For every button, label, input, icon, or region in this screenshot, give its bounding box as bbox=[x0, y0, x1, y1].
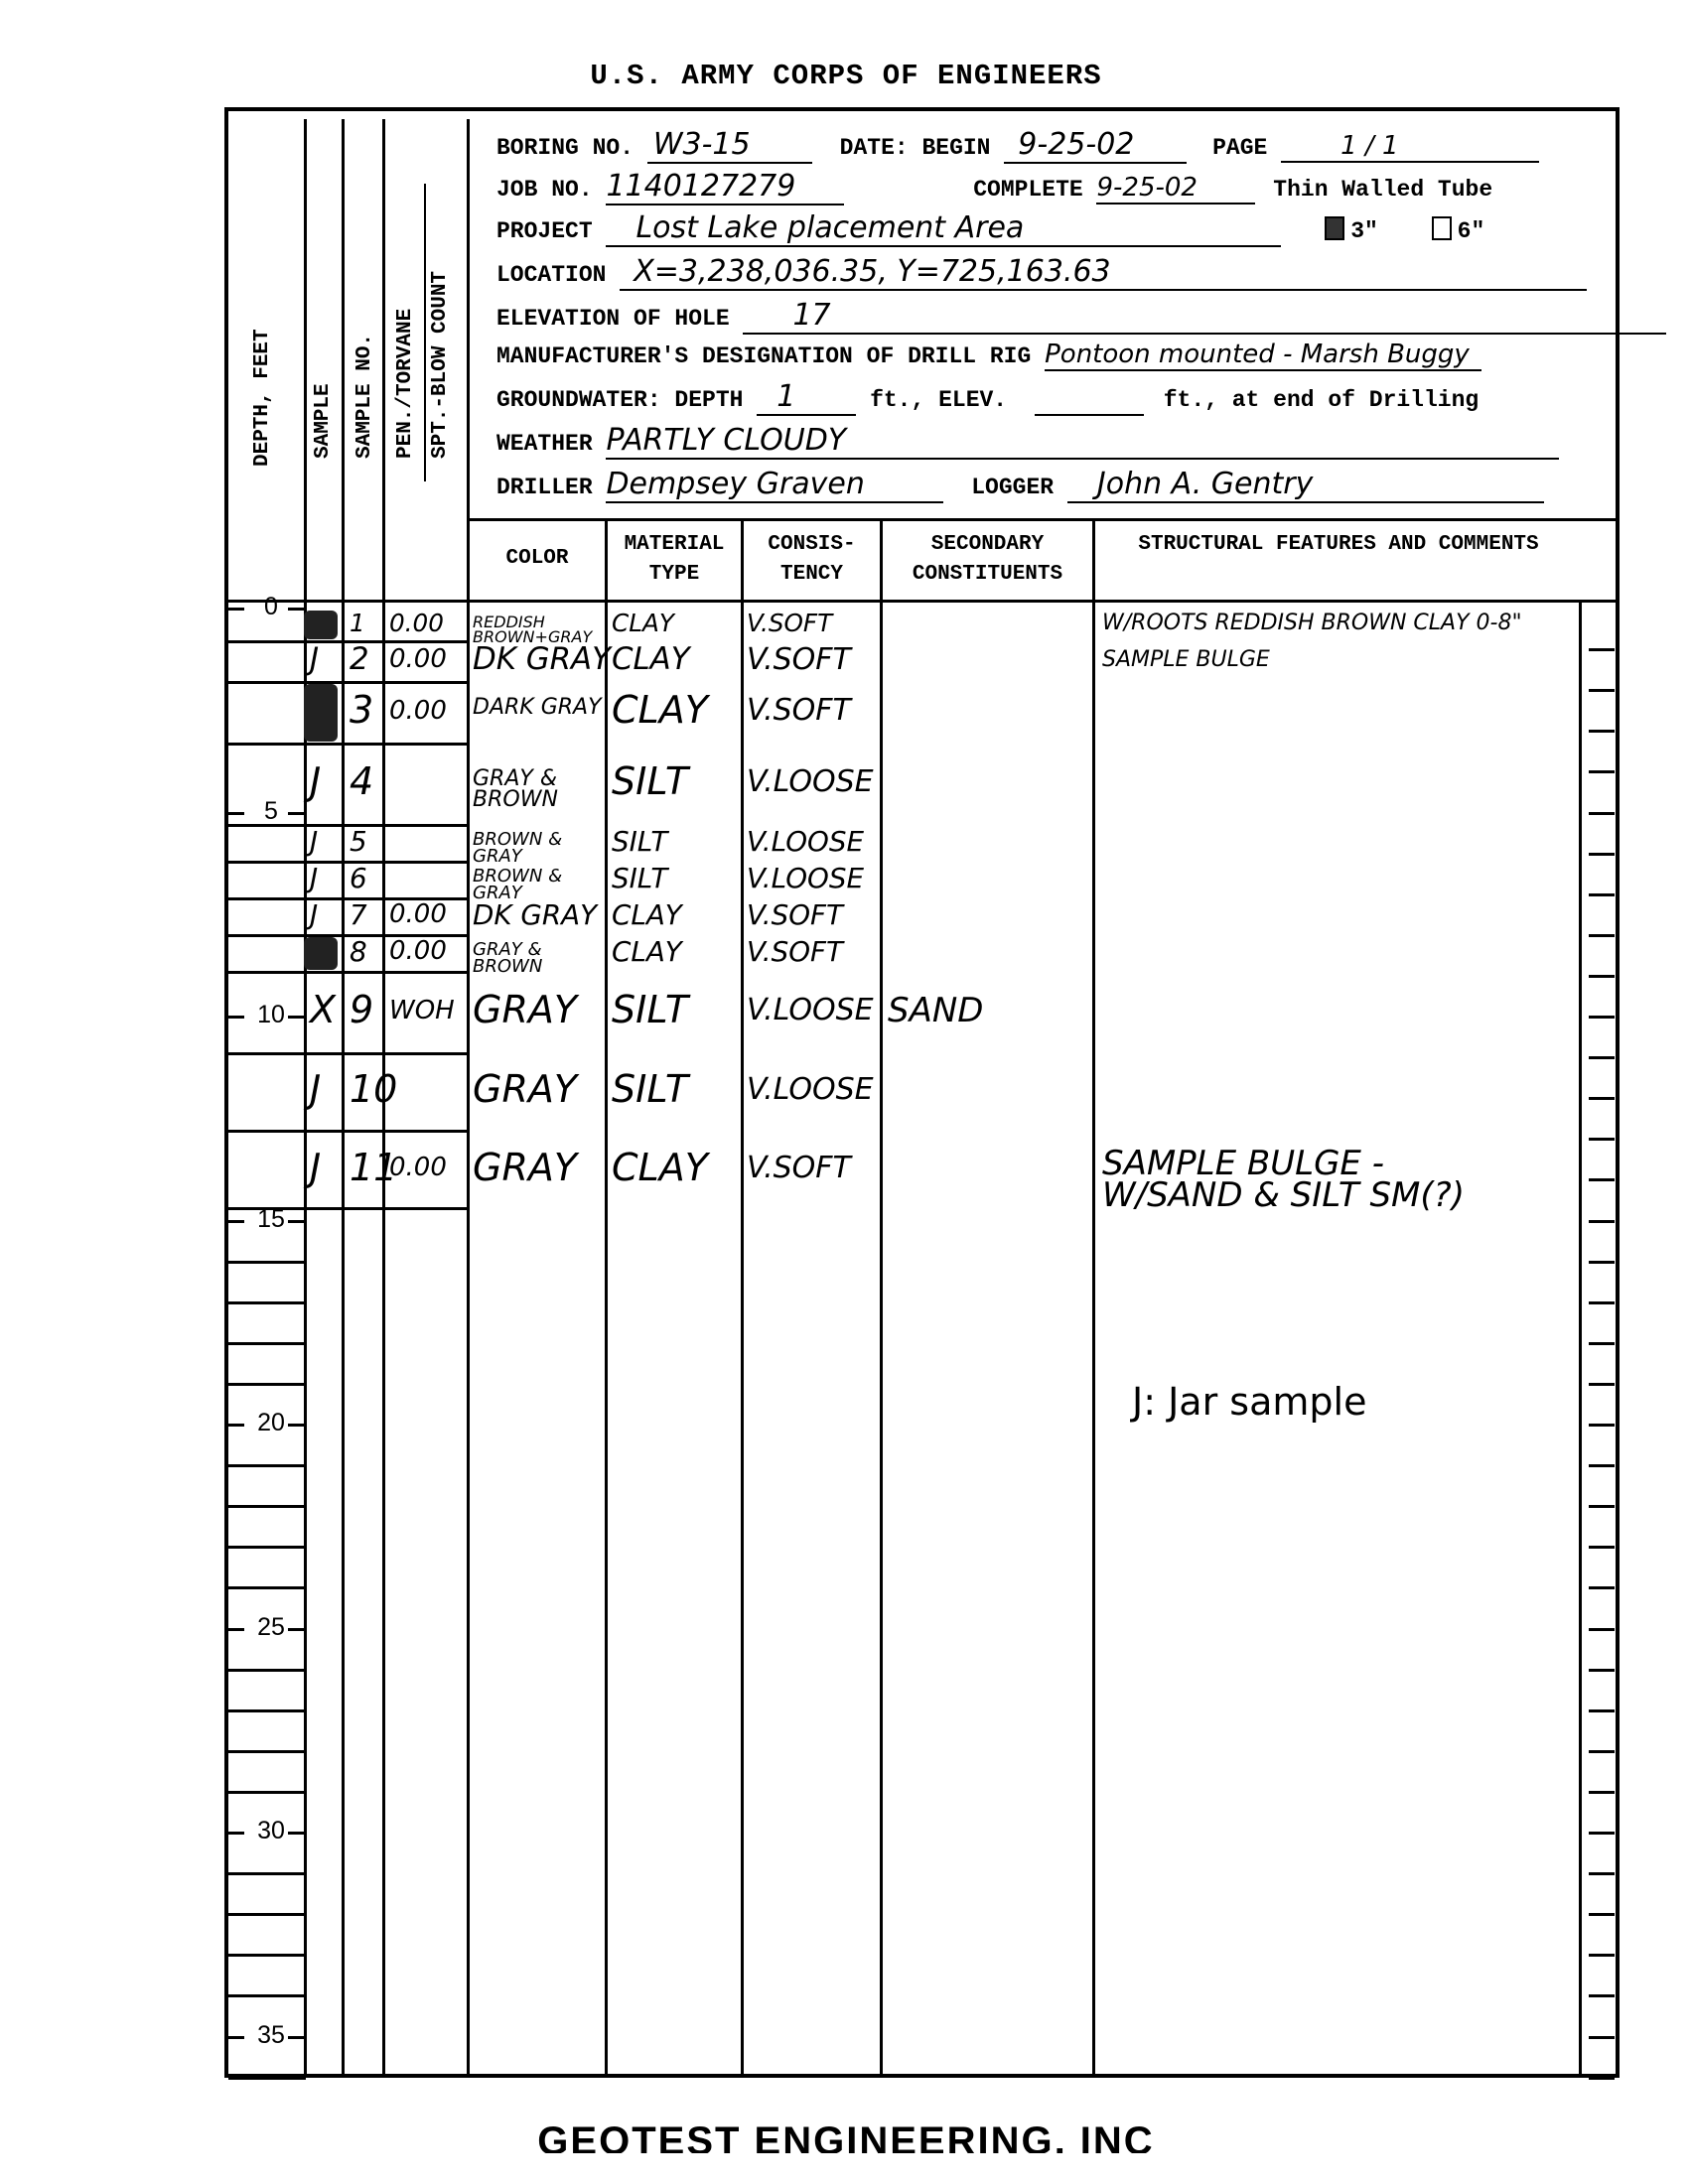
pen-value: 0.00 bbox=[389, 644, 447, 674]
depth-gridline bbox=[228, 1669, 306, 1672]
date-begin-label: DATE: BEGIN bbox=[840, 135, 991, 161]
groundwater-row: GROUNDWATER: DEPTH 1 ft., ELEV. ft., at … bbox=[496, 379, 1479, 416]
depth-gridline bbox=[228, 1383, 306, 1386]
comments-cell: SAMPLE BULGE bbox=[1102, 647, 1270, 672]
footer-company: GEOTEST ENGINEERING, INC bbox=[0, 2119, 1692, 2153]
color-cell: BROWN & GRAY bbox=[473, 868, 602, 901]
depth-tick bbox=[1589, 2077, 1615, 2080]
pen-value: WOH bbox=[389, 996, 455, 1025]
depth-tick bbox=[1589, 1138, 1615, 1141]
row-divider bbox=[228, 861, 467, 864]
row-divider bbox=[228, 681, 467, 684]
tube-sample-mark bbox=[304, 684, 338, 742]
depth-tick bbox=[1589, 1669, 1615, 1672]
color-cell: DARK GRAY bbox=[473, 698, 602, 719]
depth-tick bbox=[228, 1832, 244, 1835]
depth-tick bbox=[1589, 1586, 1615, 1589]
row-divider bbox=[228, 1130, 467, 1133]
depth-tick bbox=[228, 608, 244, 611]
depth-tick bbox=[1589, 1709, 1615, 1712]
depth-tick bbox=[1589, 1097, 1615, 1100]
tube-label: Thin Walled Tube bbox=[1273, 177, 1492, 203]
groundwater-elev-field[interactable] bbox=[1035, 384, 1144, 416]
sample-type: J bbox=[310, 825, 318, 858]
pen-value: 0.00 bbox=[389, 609, 444, 637]
depth-tick bbox=[1589, 689, 1615, 692]
pen-value: 0.00 bbox=[389, 1153, 447, 1182]
logger-label: LOGGER bbox=[971, 475, 1054, 500]
checkbox-unchecked-icon bbox=[1432, 216, 1452, 240]
pen-value: 0.00 bbox=[389, 899, 447, 929]
tube-6in-option[interactable]: 6" bbox=[1432, 218, 1485, 244]
divider bbox=[467, 518, 1619, 521]
sample-type: J bbox=[310, 759, 321, 803]
depth-tick bbox=[1589, 1178, 1615, 1181]
sample-no: 6 bbox=[350, 862, 367, 894]
material-cell: CLAY bbox=[612, 609, 674, 637]
depth-tick bbox=[288, 1016, 304, 1019]
consistency-cell: V.SOFT bbox=[747, 609, 832, 637]
sample-type: J bbox=[310, 898, 318, 931]
driller-label: DRILLER bbox=[496, 475, 593, 500]
sample-column-header: SAMPLE bbox=[312, 383, 335, 459]
location-field[interactable]: X=3,238,036.35, Y=725,163.63 bbox=[620, 254, 1587, 291]
structural-column-header: STRUCTURAL FEATURES AND COMMENTS bbox=[1095, 530, 1582, 560]
depth-gridline bbox=[228, 1709, 306, 1712]
consistency-cell: V.SOFT bbox=[747, 693, 851, 728]
date-begin-field[interactable]: 9-25-02 bbox=[1004, 127, 1187, 164]
document-title: U.S. ARMY CORPS OF ENGINEERS bbox=[0, 60, 1692, 92]
color-cell: GRAY & BROWN bbox=[473, 941, 602, 975]
pen-value: 0.00 bbox=[389, 936, 447, 966]
elevation-label: ELEVATION OF HOLE bbox=[496, 306, 730, 332]
row-divider bbox=[228, 1052, 467, 1055]
material-cell: SILT bbox=[612, 825, 667, 858]
depth-tick bbox=[1589, 1994, 1615, 1997]
secondary-cell: SAND bbox=[888, 991, 983, 1030]
consistency-cell: V.LOOSE bbox=[747, 862, 864, 894]
secondary-column-header: SECONDARY CONSTITUENTS bbox=[883, 530, 1092, 590]
depth-tick bbox=[1589, 1016, 1615, 1019]
page-label: PAGE bbox=[1212, 135, 1267, 161]
depth-tick bbox=[1589, 812, 1615, 815]
consistency-cell: V.LOOSE bbox=[747, 993, 874, 1027]
drill-rig-row: MANUFACTURER'S DESIGNATION OF DRILL RIG … bbox=[496, 340, 1481, 371]
material-cell: SILT bbox=[612, 988, 688, 1031]
depth-gridline bbox=[228, 1791, 306, 1794]
divider bbox=[304, 119, 307, 2075]
row-divider bbox=[228, 971, 467, 974]
depth-tick bbox=[1589, 1424, 1615, 1427]
color-cell: DK GRAY bbox=[473, 641, 611, 677]
weather-row: WEATHER PARTLY CLOUDY bbox=[496, 423, 1559, 460]
end-label: ft., at end of Drilling bbox=[1164, 387, 1479, 413]
sample-no: 1 bbox=[350, 609, 365, 637]
material-column-header: MATERIAL TYPE bbox=[608, 530, 741, 590]
depth-tick bbox=[228, 2036, 244, 2039]
consistency-column-header: CONSIS- TENCY bbox=[744, 530, 880, 590]
row-divider bbox=[228, 640, 467, 643]
elevation-field[interactable]: 17 bbox=[743, 298, 1666, 335]
sample-no: 7 bbox=[350, 898, 367, 931]
depth-tick bbox=[1589, 770, 1615, 773]
depth-tick bbox=[228, 1424, 244, 1427]
sample-no: 8 bbox=[350, 935, 367, 968]
depth-tick bbox=[288, 2036, 304, 2039]
color-column-header: COLOR bbox=[470, 544, 605, 574]
depth-tick bbox=[228, 1628, 244, 1631]
depth-gridline bbox=[228, 1586, 306, 1589]
groundwater-depth-field[interactable]: 1 bbox=[757, 379, 856, 416]
color-cell: REDDISH BROWN+GRAY bbox=[473, 614, 602, 644]
boring-row: BORING NO. W3-15 DATE: BEGIN 9-25-02 PAG… bbox=[496, 127, 1539, 164]
material-cell: CLAY bbox=[612, 1146, 708, 1189]
depth-gridline bbox=[228, 1750, 306, 1753]
depth-tick bbox=[1589, 1872, 1615, 1875]
depth-tick bbox=[1589, 893, 1615, 896]
spt-blow-count-column-header: SPT.-BLOW COUNT bbox=[429, 271, 452, 459]
depth-tick bbox=[228, 812, 244, 815]
pen-divider bbox=[424, 184, 426, 481]
legend-note: J: Jar sample bbox=[1132, 1380, 1366, 1424]
weather-label: WEATHER bbox=[496, 431, 593, 457]
job-label: JOB NO. bbox=[496, 177, 593, 203]
material-cell: CLAY bbox=[612, 641, 690, 677]
color-cell: GRAY bbox=[473, 1067, 577, 1111]
sample-no: 10 bbox=[350, 1067, 397, 1111]
depth-tick bbox=[1589, 1546, 1615, 1549]
material-cell: SILT bbox=[612, 759, 688, 803]
color-cell: BROWN & GRAY bbox=[473, 831, 602, 865]
depth-gridline bbox=[228, 1954, 306, 1957]
comments-cell: W/ROOTS REDDISH BROWN CLAY 0-8" bbox=[1102, 611, 1522, 635]
consistency-cell: V.LOOSE bbox=[747, 825, 864, 858]
depth-gridline bbox=[228, 1464, 306, 1467]
driller-row: DRILLER Dempsey Graven LOGGER John A. Ge… bbox=[496, 467, 1544, 503]
divider bbox=[1579, 602, 1582, 2075]
divider bbox=[1092, 521, 1095, 2075]
depth-tick bbox=[1589, 1464, 1615, 1467]
divider bbox=[467, 119, 470, 2075]
material-cell: SILT bbox=[612, 1067, 688, 1111]
depth-tick bbox=[288, 1628, 304, 1631]
tube-sample-mark bbox=[304, 611, 338, 639]
depth-tick bbox=[228, 1016, 244, 1019]
pen-torvane-column-header: PEN./TORVANE bbox=[394, 309, 417, 459]
tube-sample-mark bbox=[304, 937, 338, 970]
logger-field[interactable]: John A. Gentry bbox=[1067, 467, 1544, 503]
depth-gridline bbox=[228, 2077, 306, 2080]
consistency-cell: V.SOFT bbox=[747, 935, 843, 968]
depth-tick bbox=[1589, 1342, 1615, 1345]
checkbox-checked-icon bbox=[1325, 216, 1344, 240]
depth-tick bbox=[1589, 648, 1615, 651]
comments-cell: SAMPLE BULGE - W/SAND & SILT SM(?) bbox=[1102, 1148, 1480, 1212]
depth-tick bbox=[228, 1220, 244, 1223]
date-complete-field[interactable]: 9-25-02 bbox=[1096, 173, 1255, 205]
driller-field[interactable]: Dempsey Graven bbox=[606, 467, 943, 503]
job-no-field[interactable]: 1140127279 bbox=[606, 169, 844, 205]
material-cell: CLAY bbox=[612, 898, 682, 931]
depth-tick bbox=[288, 1220, 304, 1223]
row-divider bbox=[228, 1207, 467, 1210]
depth-tick bbox=[1589, 1791, 1615, 1794]
divider bbox=[605, 521, 608, 2075]
depth-tick bbox=[1589, 1913, 1615, 1916]
color-cell: DK GRAY bbox=[473, 898, 597, 931]
weather-field[interactable]: PARTLY CLOUDY bbox=[606, 423, 1559, 460]
consistency-cell: V.LOOSE bbox=[747, 1072, 874, 1107]
depth-tick bbox=[1589, 1505, 1615, 1508]
groundwater-label: GROUNDWATER: DEPTH bbox=[496, 387, 743, 413]
depth-tick bbox=[288, 608, 304, 611]
material-cell: SILT bbox=[612, 862, 667, 894]
material-cell: CLAY bbox=[612, 688, 708, 732]
depth-tick bbox=[288, 1832, 304, 1835]
depth-gridline bbox=[228, 1261, 306, 1264]
depth-tick bbox=[288, 812, 304, 815]
sample-no: 9 bbox=[350, 988, 373, 1031]
color-cell: GRAY & BROWN bbox=[473, 769, 602, 811]
sample-no: 2 bbox=[350, 641, 369, 677]
tube-3in-option[interactable]: 3" bbox=[1325, 218, 1378, 244]
boring-no-field[interactable]: W3-15 bbox=[647, 127, 812, 164]
depth-column-header: DEPTH, FEET bbox=[251, 329, 274, 467]
location-row: LOCATION X=3,238,036.35, Y=725,163.63 bbox=[496, 254, 1587, 291]
job-row: JOB NO. 1140127279 COMPLETE 9-25-02 Thin… bbox=[496, 169, 1492, 205]
page-field[interactable]: 1 / 1 bbox=[1281, 131, 1539, 163]
divider bbox=[224, 600, 1619, 603]
sample-no: 5 bbox=[350, 825, 367, 858]
ft-elev-label: ft., ELEV. bbox=[870, 387, 1007, 413]
depth-gridline bbox=[228, 1994, 306, 1997]
depth-gridline bbox=[228, 1301, 306, 1304]
elevation-row: ELEVATION OF HOLE 17 bbox=[496, 298, 1666, 335]
divider bbox=[880, 521, 883, 2075]
depth-tick bbox=[1589, 1832, 1615, 1835]
drill-rig-field[interactable]: Pontoon mounted - Marsh Buggy bbox=[1045, 340, 1481, 371]
divider bbox=[342, 119, 345, 2075]
consistency-cell: V.LOOSE bbox=[747, 764, 874, 799]
material-cell: CLAY bbox=[612, 935, 682, 968]
sample-no: 4 bbox=[350, 759, 373, 803]
sample-type: J bbox=[310, 1146, 321, 1189]
depth-tick bbox=[1589, 1628, 1615, 1631]
depth-tick bbox=[1589, 1383, 1615, 1386]
depth-tick bbox=[1589, 1954, 1615, 1957]
project-field[interactable]: Lost Lake placement Area bbox=[606, 210, 1281, 247]
sample-no: 3 bbox=[350, 688, 373, 732]
depth-tick bbox=[1589, 853, 1615, 856]
location-label: LOCATION bbox=[496, 262, 606, 288]
depth-gridline bbox=[228, 1505, 306, 1508]
project-label: PROJECT bbox=[496, 218, 593, 244]
consistency-cell: V.SOFT bbox=[747, 642, 851, 677]
project-row: PROJECT Lost Lake placement Area 3" 6" bbox=[496, 210, 1484, 247]
depth-gridline bbox=[228, 1546, 306, 1549]
color-cell: GRAY bbox=[473, 1146, 577, 1189]
sample-type: J bbox=[310, 1067, 321, 1111]
consistency-cell: V.SOFT bbox=[747, 1151, 851, 1185]
consistency-cell: V.SOFT bbox=[747, 898, 843, 931]
divider bbox=[741, 521, 744, 2075]
sample-type: X bbox=[310, 988, 336, 1031]
row-divider bbox=[228, 743, 467, 746]
depth-gridline bbox=[228, 1342, 306, 1345]
depth-tick bbox=[1589, 975, 1615, 978]
depth-tick bbox=[1589, 1220, 1615, 1223]
complete-label: COMPLETE bbox=[973, 177, 1082, 203]
row-divider bbox=[228, 824, 467, 827]
depth-tick bbox=[288, 1424, 304, 1427]
sample-no-column-header: SAMPLE NO. bbox=[353, 334, 376, 459]
sample-type: J bbox=[310, 862, 318, 894]
boring-label: BORING NO. bbox=[496, 135, 634, 161]
depth-gridline bbox=[228, 1872, 306, 1875]
sample-type: J bbox=[310, 641, 319, 677]
pen-value: 0.00 bbox=[389, 696, 447, 726]
color-cell: GRAY bbox=[473, 988, 577, 1031]
depth-tick bbox=[1589, 934, 1615, 937]
drill-rig-label: MANUFACTURER'S DESIGNATION OF DRILL RIG bbox=[496, 343, 1031, 369]
depth-tick bbox=[1589, 730, 1615, 733]
depth-tick bbox=[1589, 1056, 1615, 1059]
depth-tick bbox=[1589, 1261, 1615, 1264]
depth-gridline bbox=[228, 1913, 306, 1916]
depth-tick bbox=[1589, 1301, 1615, 1304]
depth-tick bbox=[1589, 2036, 1615, 2039]
depth-tick bbox=[1589, 1750, 1615, 1753]
